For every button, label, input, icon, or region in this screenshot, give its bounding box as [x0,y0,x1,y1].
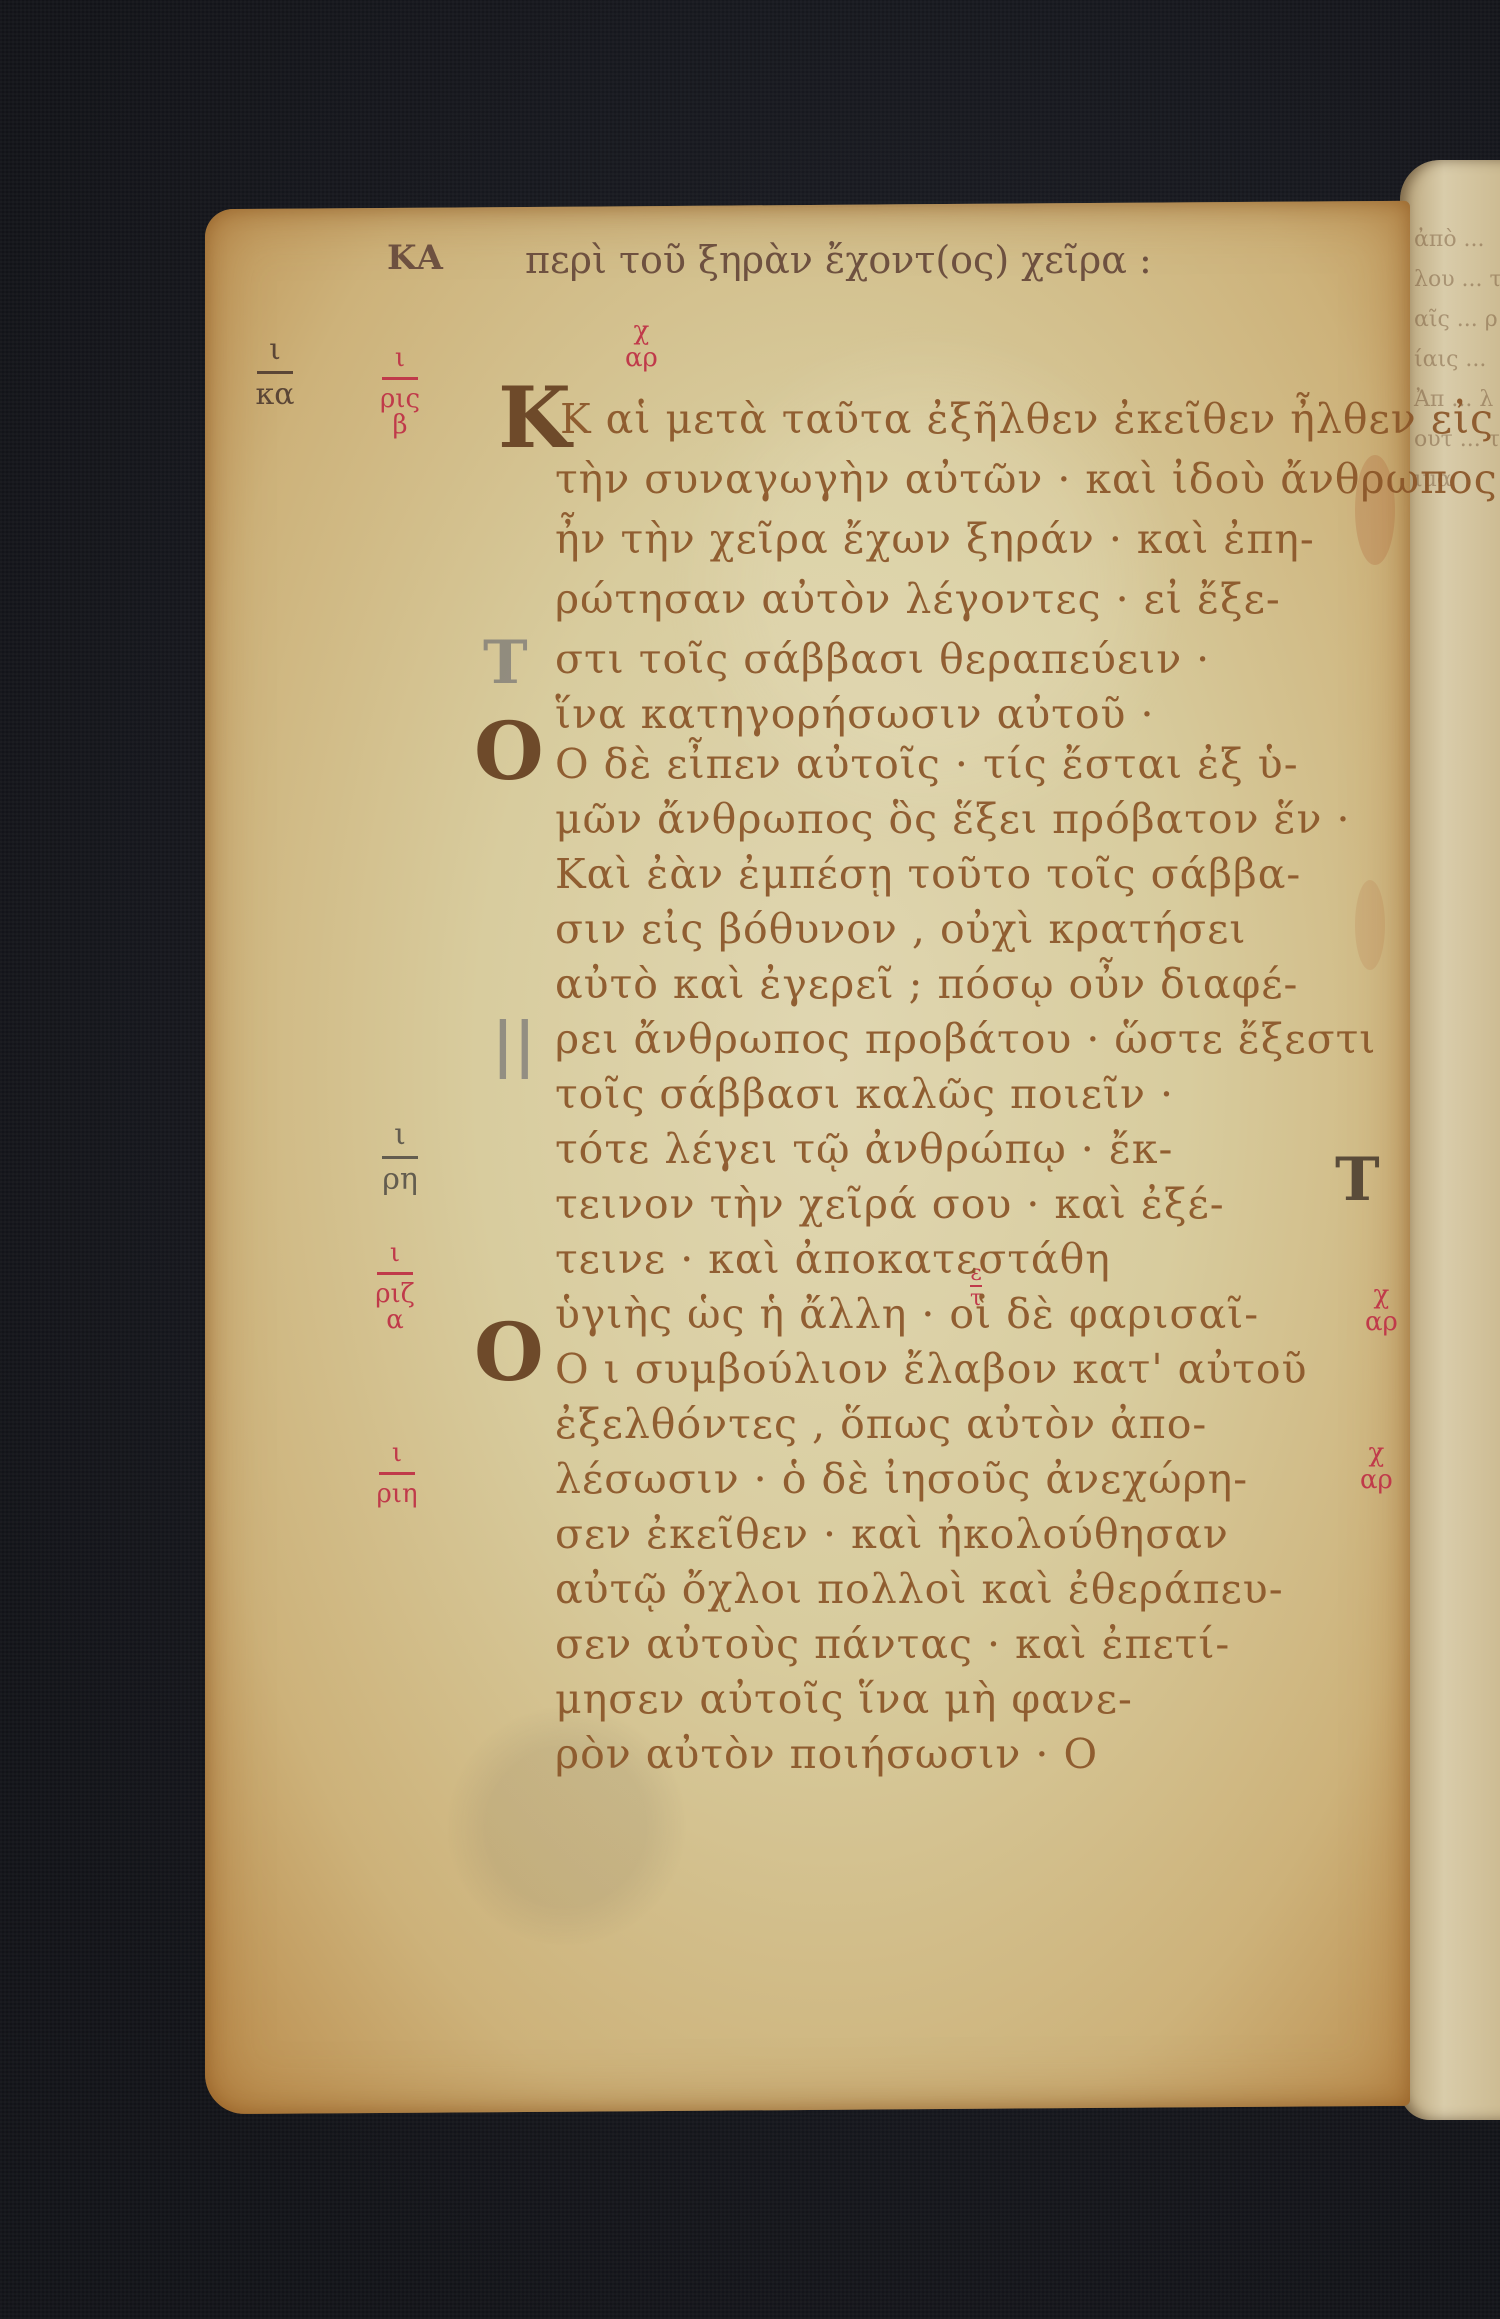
rubric-label: αρ [1360,1467,1393,1494]
text-line: ὑγιὴς ὡς ἡ ἄλλη · οἱ δὲ φαρισαῖ- [555,1290,1259,1338]
text-line: Κ αἱ μετὰ ταῦτα ἐξῆλθεν ἐκεῖθεν ἦλθεν εἰ… [560,395,1494,443]
text-line: ἵνα κατηγορήσωσιν αὐτοῦ · [555,690,1155,738]
rubric-label: αρ [1365,1309,1398,1336]
margin-sub: α [386,1305,404,1335]
paragraph-mark-t: Τ [483,628,528,698]
text-line: ρει ἄνθρωπος προβάτου · ὥστε ἔξεστι [555,1015,1376,1063]
margin-sub: β [392,410,407,440]
text-line: λέσωσιν · ὁ δὲ ἰησοῦς ἀνεχώρη- [555,1455,1248,1503]
rubric-arche-top: χ αρ [625,318,658,373]
text-line: αὐτὸ καὶ ἐγερεῖ ; πόσῳ οὖν διαφέ- [555,960,1298,1008]
section-number: ΚΑ [387,238,443,278]
margin-number: ριη [376,1479,417,1509]
text-line: ρώτησαν αὐτὸν λέγοντες · εἰ ἔξε- [555,575,1281,623]
margin-number: ρη [382,1162,418,1197]
fraction-bar [382,1156,418,1159]
rubric-arche-right-2: χ αρ [1360,1440,1393,1495]
margin-numerator: ι [392,1438,402,1468]
rubric-mark: χ [625,318,658,345]
margin-numerator: ι [269,332,281,367]
text-line: τότε λέγει τῷ ἀνθρώπῳ · ἔκ- [555,1125,1173,1173]
initial-letter-o: Ο [474,1305,544,1399]
rubric-label: αρ [625,345,658,372]
margin-kephalaion: ι κα [240,335,310,410]
fraction-bar [379,1472,415,1475]
text-line: σιν εἰς βόθυνον , οὐχὶ κρατήσει [555,905,1246,953]
margin-numerator: ι [394,1117,406,1152]
margin-numerator: ι [390,1238,400,1268]
text-line: ἐξελθόντες , ὅπως αὐτὸν ἀπο- [555,1400,1207,1448]
fraction-bar [377,1272,413,1275]
margin-canon-1: ι ρις β [365,345,435,438]
initial-letter-o: Ο [474,704,544,798]
rubric-mark: χ [1365,1282,1398,1309]
text-line: αὐτῷ ὄχλοι πολλοὶ καὶ ἐθεράπευ- [555,1565,1284,1613]
facing-page-curl[interactable]: ἀπὸ ... λου ... ταῖς ... ρίαις ... Ἀπ ..… [1400,160,1500,2120]
text-line: σεν ἐκεῖθεν · καὶ ἠκολούθησαν [555,1510,1229,1558]
text-line: Καὶ ἐὰν ἐμπέσῃ τοῦτο τοῖς σάββα- [555,850,1301,898]
margin-number: κα [255,377,294,412]
red-stain-right-2 [1355,880,1385,970]
text-line: τεινε · καὶ ἀποκατεστάθη [555,1235,1111,1283]
chapter-title: περὶ τοῦ ξηρὰν ἔχοντ(ος) χεῖρα : [525,238,1152,282]
margin-canon-4: ι ριη [362,1440,432,1507]
fraction-bar [257,371,293,374]
rubric-mark: χ [1360,1440,1393,1467]
text-line: μῶν ἄνθρωπος ὃς ἕξει πρόβατον ἕν · [555,795,1351,843]
margin-canon-3: ι ριζ α [360,1240,430,1333]
margin-canon-2: ι ρη [370,1120,430,1195]
text-line: μησεν αὐτοῖς ἵνα μὴ φανε- [555,1675,1133,1723]
text-line: ρὸν αὐτὸν ποιήσωσιν · Ο [555,1730,1098,1778]
text-line: σεν αὐτοὺς πάντας · καὶ ἐπετί- [555,1620,1230,1668]
rubric-arche-right-1: χ αρ [1365,1282,1398,1337]
text-line: τὴν συναγωγὴν αὐτῶν · καὶ ἰδοὺ ἄνθρωπος [555,455,1498,503]
text-line: ἦν τὴν χεῖρα ἔχων ξηράν · καὶ ἐπη- [555,515,1315,563]
margin-numerator: ι [395,343,405,373]
text-line: Ο δὲ εἶπεν αὐτοῖς · τίς ἔσται ἐξ ὑ- [555,740,1299,788]
text-line: τοῖς σάββασι καλῶς ποιεῖν · [555,1070,1174,1118]
text-line: στι τοῖς σάββασι θεραπεύειν · [555,635,1210,683]
paragraph-mark-double-bar: || [492,1010,536,1080]
fraction-bar [382,377,418,380]
text-line: τεινον τὴν χεῖρά σου · καὶ ἐξέ- [555,1180,1225,1228]
paragraph-mark-t-right: Τ [1335,1145,1380,1215]
text-line: Ο ι συμβούλιον ἔλαβον κατ' αὐτοῦ [555,1345,1308,1393]
